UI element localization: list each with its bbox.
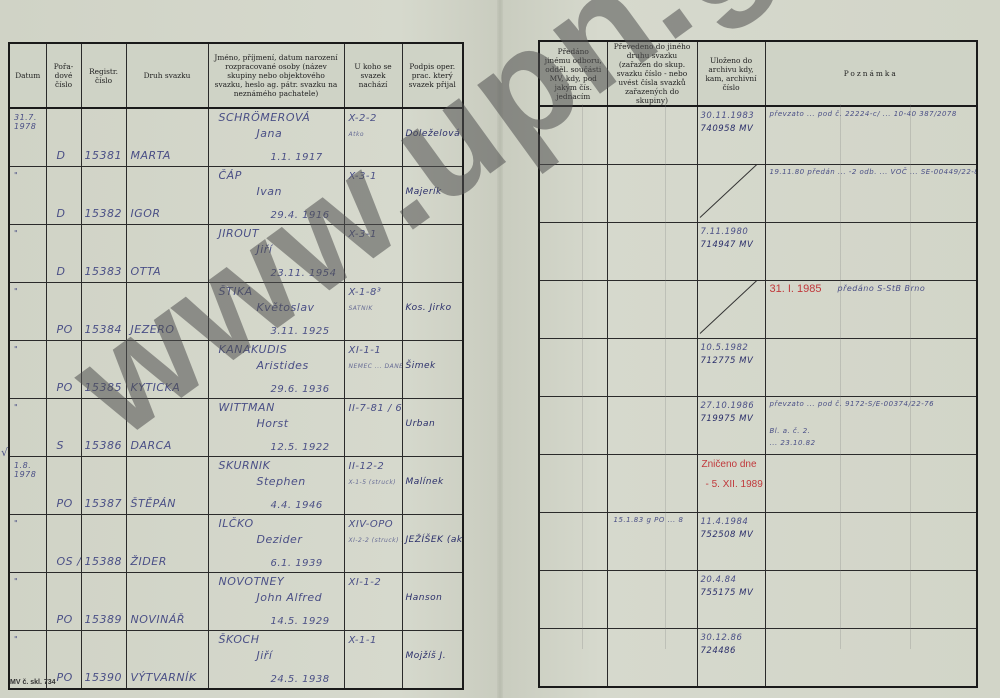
cell-date: " <box>9 225 46 283</box>
cell-signature: Majerík <box>402 167 463 225</box>
cell-signature <box>402 225 463 283</box>
cell-archived: 27.10.1986 719975 MV <box>697 397 765 455</box>
cell-type: PO <box>46 341 81 399</box>
header-archived: Uloženo do archivu kdy, kam, archivní čí… <box>697 41 765 106</box>
cell-codename: ŠTĚPÁN <box>126 457 208 515</box>
cell-codename: OTTA <box>126 225 208 283</box>
cell-codename: ŽIDER <box>126 515 208 573</box>
cell-archived <box>697 165 765 223</box>
cell-holder: X-1-8³ SATNIK <box>344 283 402 341</box>
cell-archived: 30.12.86 724486 <box>697 629 765 688</box>
cell-transferred <box>607 281 697 339</box>
cell-date: " <box>9 283 46 341</box>
cell-handed-over <box>539 223 607 281</box>
faint-rule <box>910 104 911 649</box>
cell-person: ILČKO Dezider 6.1. 1939 <box>208 515 344 573</box>
cell-handed-over <box>539 106 607 165</box>
cell-archived: 10.5.1982 712775 MV <box>697 339 765 397</box>
table-row: "PO15385KYTICKA KANAKUDIS Aristides 29.6… <box>9 341 463 399</box>
header-order-no: Pořa- dové číslo <box>46 43 81 108</box>
table-row: "PO15389NOVINÁŘ NOVOTNEY John Alfred 14.… <box>9 573 463 631</box>
cell-handed-over <box>539 281 607 339</box>
book-gutter <box>497 0 503 698</box>
header-handed-over: Předáno jinému odboru, odděl. součásti M… <box>539 41 607 106</box>
cell-archived <box>697 281 765 339</box>
cell-archived: Zničeno dne - 5. XII. 1989 <box>697 455 765 513</box>
cell-codename: DARCA <box>126 399 208 457</box>
cell-transferred <box>607 165 697 223</box>
cell-type: S <box>46 399 81 457</box>
cell-person: SCHRÖMEROVÁ Jana 1.1. 1917 <box>208 108 344 167</box>
cell-archived: 7.11.1980 714947 MV <box>697 223 765 281</box>
cell-signature: Doleželová (24.11) <box>402 108 463 167</box>
cell-signature: Šimek <box>402 341 463 399</box>
cell-signature: Malínek <box>402 457 463 515</box>
strike-diagonal <box>699 165 758 218</box>
cell-handed-over <box>539 339 607 397</box>
cell-reg-no: 15383 <box>81 225 126 283</box>
cell-holder: X-3-1 <box>344 167 402 225</box>
cell-transferred <box>607 397 697 455</box>
table-row: 1.8. 1978PO15387ŠTĚPÁN SKURNIK Stephen 4… <box>9 457 463 515</box>
cell-signature: Hanson <box>402 573 463 631</box>
faint-rule <box>840 104 841 649</box>
cell-reg-no: 15390 <box>81 631 126 690</box>
register-table-left: Datum Pořa- dové číslo Registr. číslo Dr… <box>8 42 464 690</box>
cell-date: 31.7. 1978 <box>9 108 46 167</box>
cell-type: D <box>46 225 81 283</box>
table-row: "D15383OTTA JIROUT Jiří 23.11. 1954 X-3-… <box>9 225 463 283</box>
cell-date: " <box>9 341 46 399</box>
cell-reg-no: 15388 <box>81 515 126 573</box>
cell-handed-over <box>539 397 607 455</box>
cell-reg-no: 15389 <box>81 573 126 631</box>
cell-note <box>765 339 977 397</box>
cell-transferred <box>607 106 697 165</box>
cell-type: PO <box>46 283 81 341</box>
cell-signature: Urban <box>402 399 463 457</box>
cell-codename: KYTICKA <box>126 341 208 399</box>
cell-reg-no: 15386 <box>81 399 126 457</box>
table-row: "OS / PO15388ŽIDER ILČKO Dezider 6.1. 19… <box>9 515 463 573</box>
cell-handed-over <box>539 455 607 513</box>
table-row: 10.5.1982 712775 MV <box>539 339 977 397</box>
header-name: Jméno, příjmení, datum narození rozpraco… <box>208 43 344 108</box>
strike-diagonal <box>699 281 758 334</box>
cell-note <box>765 571 977 629</box>
cell-reg-no: 15381 <box>81 108 126 167</box>
cell-transferred <box>607 223 697 281</box>
cell-signature: JEŽÍŠEK (ako 2) Horniak <box>402 515 463 573</box>
cell-codename: NOVINÁŘ <box>126 573 208 631</box>
header-signature: Podpis oper. prac. který svazek přijal <box>402 43 463 108</box>
table-row: 31.7. 1978D15381MARTA SCHRÖMEROVÁ Jana 1… <box>9 108 463 167</box>
cell-date: " <box>9 573 46 631</box>
header-date: Datum <box>9 43 46 108</box>
cell-date: 1.8. 1978 <box>9 457 46 515</box>
cell-transferred <box>607 629 697 688</box>
cell-transferred: 15.1.83 g PO ... 8 <box>607 513 697 571</box>
cell-type: OS / PO <box>46 515 81 573</box>
cell-holder: II-7-81 / 6- <box>344 399 402 457</box>
table-row: 30.11.1983 740958 MVpřevzato ... pod č. … <box>539 106 977 165</box>
cell-note: převzato ... pod č. 9172-S/E-00374/22-76… <box>765 397 977 455</box>
cell-reg-no: 15384 <box>81 283 126 341</box>
header-transferred: Převedeno do jiného druhu svazku (zařaze… <box>607 41 697 106</box>
cell-note: 19.11.80 předán ... -2 odb. ... VOČ ... … <box>765 165 977 223</box>
table-row: "S15386DARCA WITTMAN Horst 12.5. 1922 II… <box>9 399 463 457</box>
cell-type: D <box>46 108 81 167</box>
cell-person: ŠKOCH Jiří 24.5. 1938 <box>208 631 344 690</box>
table-row: "D15382IGOR ČÁP Ivan 29.4. 1916 X-3-1 Ma… <box>9 167 463 225</box>
cell-transferred <box>607 455 697 513</box>
cell-holder: II-12-2 X-1-5 (struck) <box>344 457 402 515</box>
cell-note: převzato ... pod č. 22224-c/ ... 10-40 3… <box>765 106 977 165</box>
cell-person: NOVOTNEY John Alfred 14.5. 1929 <box>208 573 344 631</box>
cell-person: ČÁP Ivan 29.4. 1916 <box>208 167 344 225</box>
cell-note <box>765 513 977 571</box>
cell-handed-over <box>539 571 607 629</box>
cell-holder: X-1-1 <box>344 631 402 690</box>
faint-rule <box>665 104 666 649</box>
table-row: 27.10.1986 719975 MVpřevzato ... pod č. … <box>539 397 977 455</box>
cell-holder: XI-1-2 <box>344 573 402 631</box>
cell-archived: 20.4.84 755175 MV <box>697 571 765 629</box>
cell-holder: X-3-1 <box>344 225 402 283</box>
faint-rule <box>582 104 583 649</box>
cell-handed-over <box>539 165 607 223</box>
cell-reg-no: 15387 <box>81 457 126 515</box>
cell-holder: X-2-2 Atko <box>344 108 402 167</box>
margin-checkmark: √ <box>1 446 8 459</box>
cell-note <box>765 223 977 281</box>
cell-archived: 30.11.1983 740958 MV <box>697 106 765 165</box>
form-number: MV č. skl. 734 <box>10 679 56 686</box>
header-note: Poznámka <box>765 41 977 106</box>
table-row: 19.11.80 předán ... -2 odb. ... VOČ ... … <box>539 165 977 223</box>
cell-note <box>765 455 977 513</box>
cell-date: " <box>9 399 46 457</box>
cell-person: JIROUT Jiří 23.11. 1954 <box>208 225 344 283</box>
cell-type: PO <box>46 573 81 631</box>
cell-type: D <box>46 167 81 225</box>
table-row: 31. I. 1985 předáno S-StB Brno <box>539 281 977 339</box>
table-row: "PO15384JEZERO ŠTIKA Květoslav 3.11. 192… <box>9 283 463 341</box>
cell-date: " <box>9 167 46 225</box>
table-row: 30.12.86 724486 <box>539 629 977 688</box>
cell-person: WITTMAN Horst 12.5. 1922 <box>208 399 344 457</box>
table-row: 20.4.84 755175 MV <box>539 571 977 629</box>
cell-transferred <box>607 339 697 397</box>
cell-archived: 11.4.1984 752508 MV <box>697 513 765 571</box>
cell-person: ŠTIKA Květoslav 3.11. 1925 <box>208 283 344 341</box>
cell-person: SKURNIK Stephen 4.4. 1946 <box>208 457 344 515</box>
cell-type: PO <box>46 457 81 515</box>
header-holder: U koho se svazek nachází <box>344 43 402 108</box>
cell-reg-no: 15382 <box>81 167 126 225</box>
cell-holder: XIV-OPO XI-2-2 (struck) 1A <box>344 515 402 573</box>
cell-codename: VÝTVARNÍK <box>126 631 208 690</box>
cell-codename: MARTA <box>126 108 208 167</box>
table-row: "PO15390VÝTVARNÍK ŠKOCH Jiří 24.5. 1938 … <box>9 631 463 690</box>
cell-holder: XI-1-1 NEMEC ... DANEK -12.2.84 <box>344 341 402 399</box>
cell-signature: Kos. Jirko <box>402 283 463 341</box>
cell-codename: JEZERO <box>126 283 208 341</box>
cell-handed-over <box>539 513 607 571</box>
cell-signature: Mojžíš J. <box>402 631 463 690</box>
header-file-type: Druh svazku <box>126 43 208 108</box>
cell-reg-no: 15385 <box>81 341 126 399</box>
register-table-right: Předáno jinému odboru, odděl. součásti M… <box>538 40 978 688</box>
table-row: 15.1.83 g PO ... 811.4.1984 752508 MV <box>539 513 977 571</box>
table-row: Zničeno dne - 5. XII. 1989 <box>539 455 977 513</box>
cell-codename: IGOR <box>126 167 208 225</box>
table-row: 7.11.1980 714947 MV <box>539 223 977 281</box>
header-reg-no: Registr. číslo <box>81 43 126 108</box>
cell-date: " <box>9 515 46 573</box>
cell-note: 31. I. 1985 předáno S-StB Brno <box>765 281 977 339</box>
cell-person: KANAKUDIS Aristides 29.6. 1936 <box>208 341 344 399</box>
cell-handed-over <box>539 629 607 688</box>
cell-transferred <box>607 571 697 629</box>
cell-note <box>765 629 977 688</box>
